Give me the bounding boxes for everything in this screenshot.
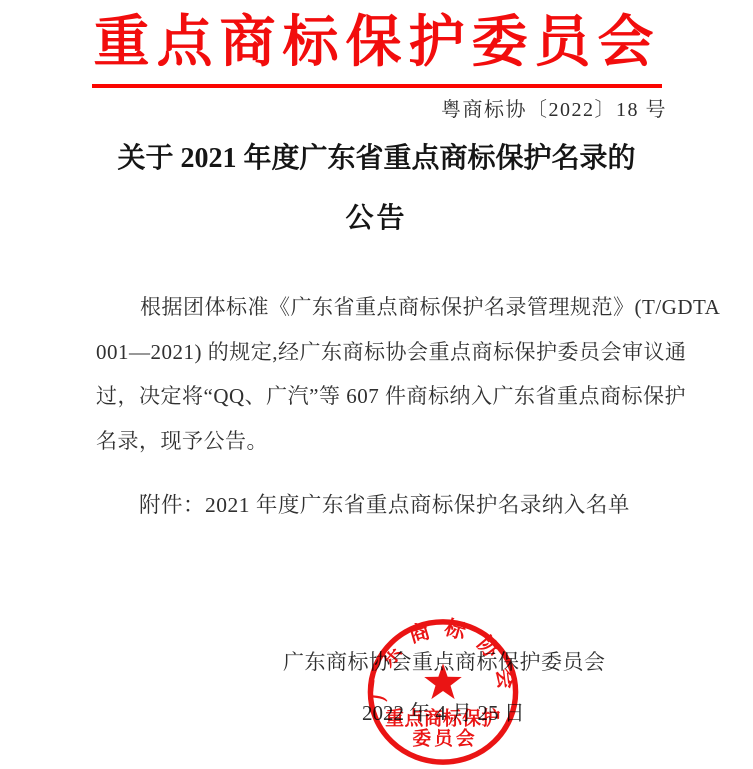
red-divider-line (92, 84, 662, 88)
letterhead-title: 重点商标保护委员会 (92, 10, 662, 76)
body-line-2: 001—2021) 的规定,经广东商标协会重点商标保护委员会审议通 (96, 330, 662, 375)
seal-text-line2: 委员会 (412, 726, 477, 749)
attachment-line: 附件：2021 年度广东省重点商标保护名录纳入名单 (139, 490, 630, 520)
body-paragraph: 根据团体标准《广东省重点商标保护名录管理规范》(T/GDTA 001—2021)… (96, 285, 662, 463)
seal-text-line1: 重点商标保护 (385, 707, 500, 730)
body-line-1: 根据团体标准《广东省重点商标保护名录管理规范》(T/GDTA (96, 285, 662, 330)
document-page: 重点商标保护委员会 粤商标协〔2022〕18 号 关于 2021 年度广东省重点… (0, 0, 753, 769)
announcement-title-line2: 公告 (0, 201, 753, 237)
body-line-4: 名录，现予公告。 (96, 419, 662, 464)
star-icon (424, 663, 462, 699)
body-line-3: 过，决定将“QQ、广汽”等 607 件商标纳入广东省重点商标保护 (96, 374, 662, 419)
announcement-title-line1: 关于 2021 年度广东省重点商标保护名录的 (0, 141, 753, 177)
document-number: 粤商标协〔2022〕18 号 (441, 97, 667, 123)
official-seal: 广东商标协会 重点商标保护 委员会 (364, 616, 522, 768)
